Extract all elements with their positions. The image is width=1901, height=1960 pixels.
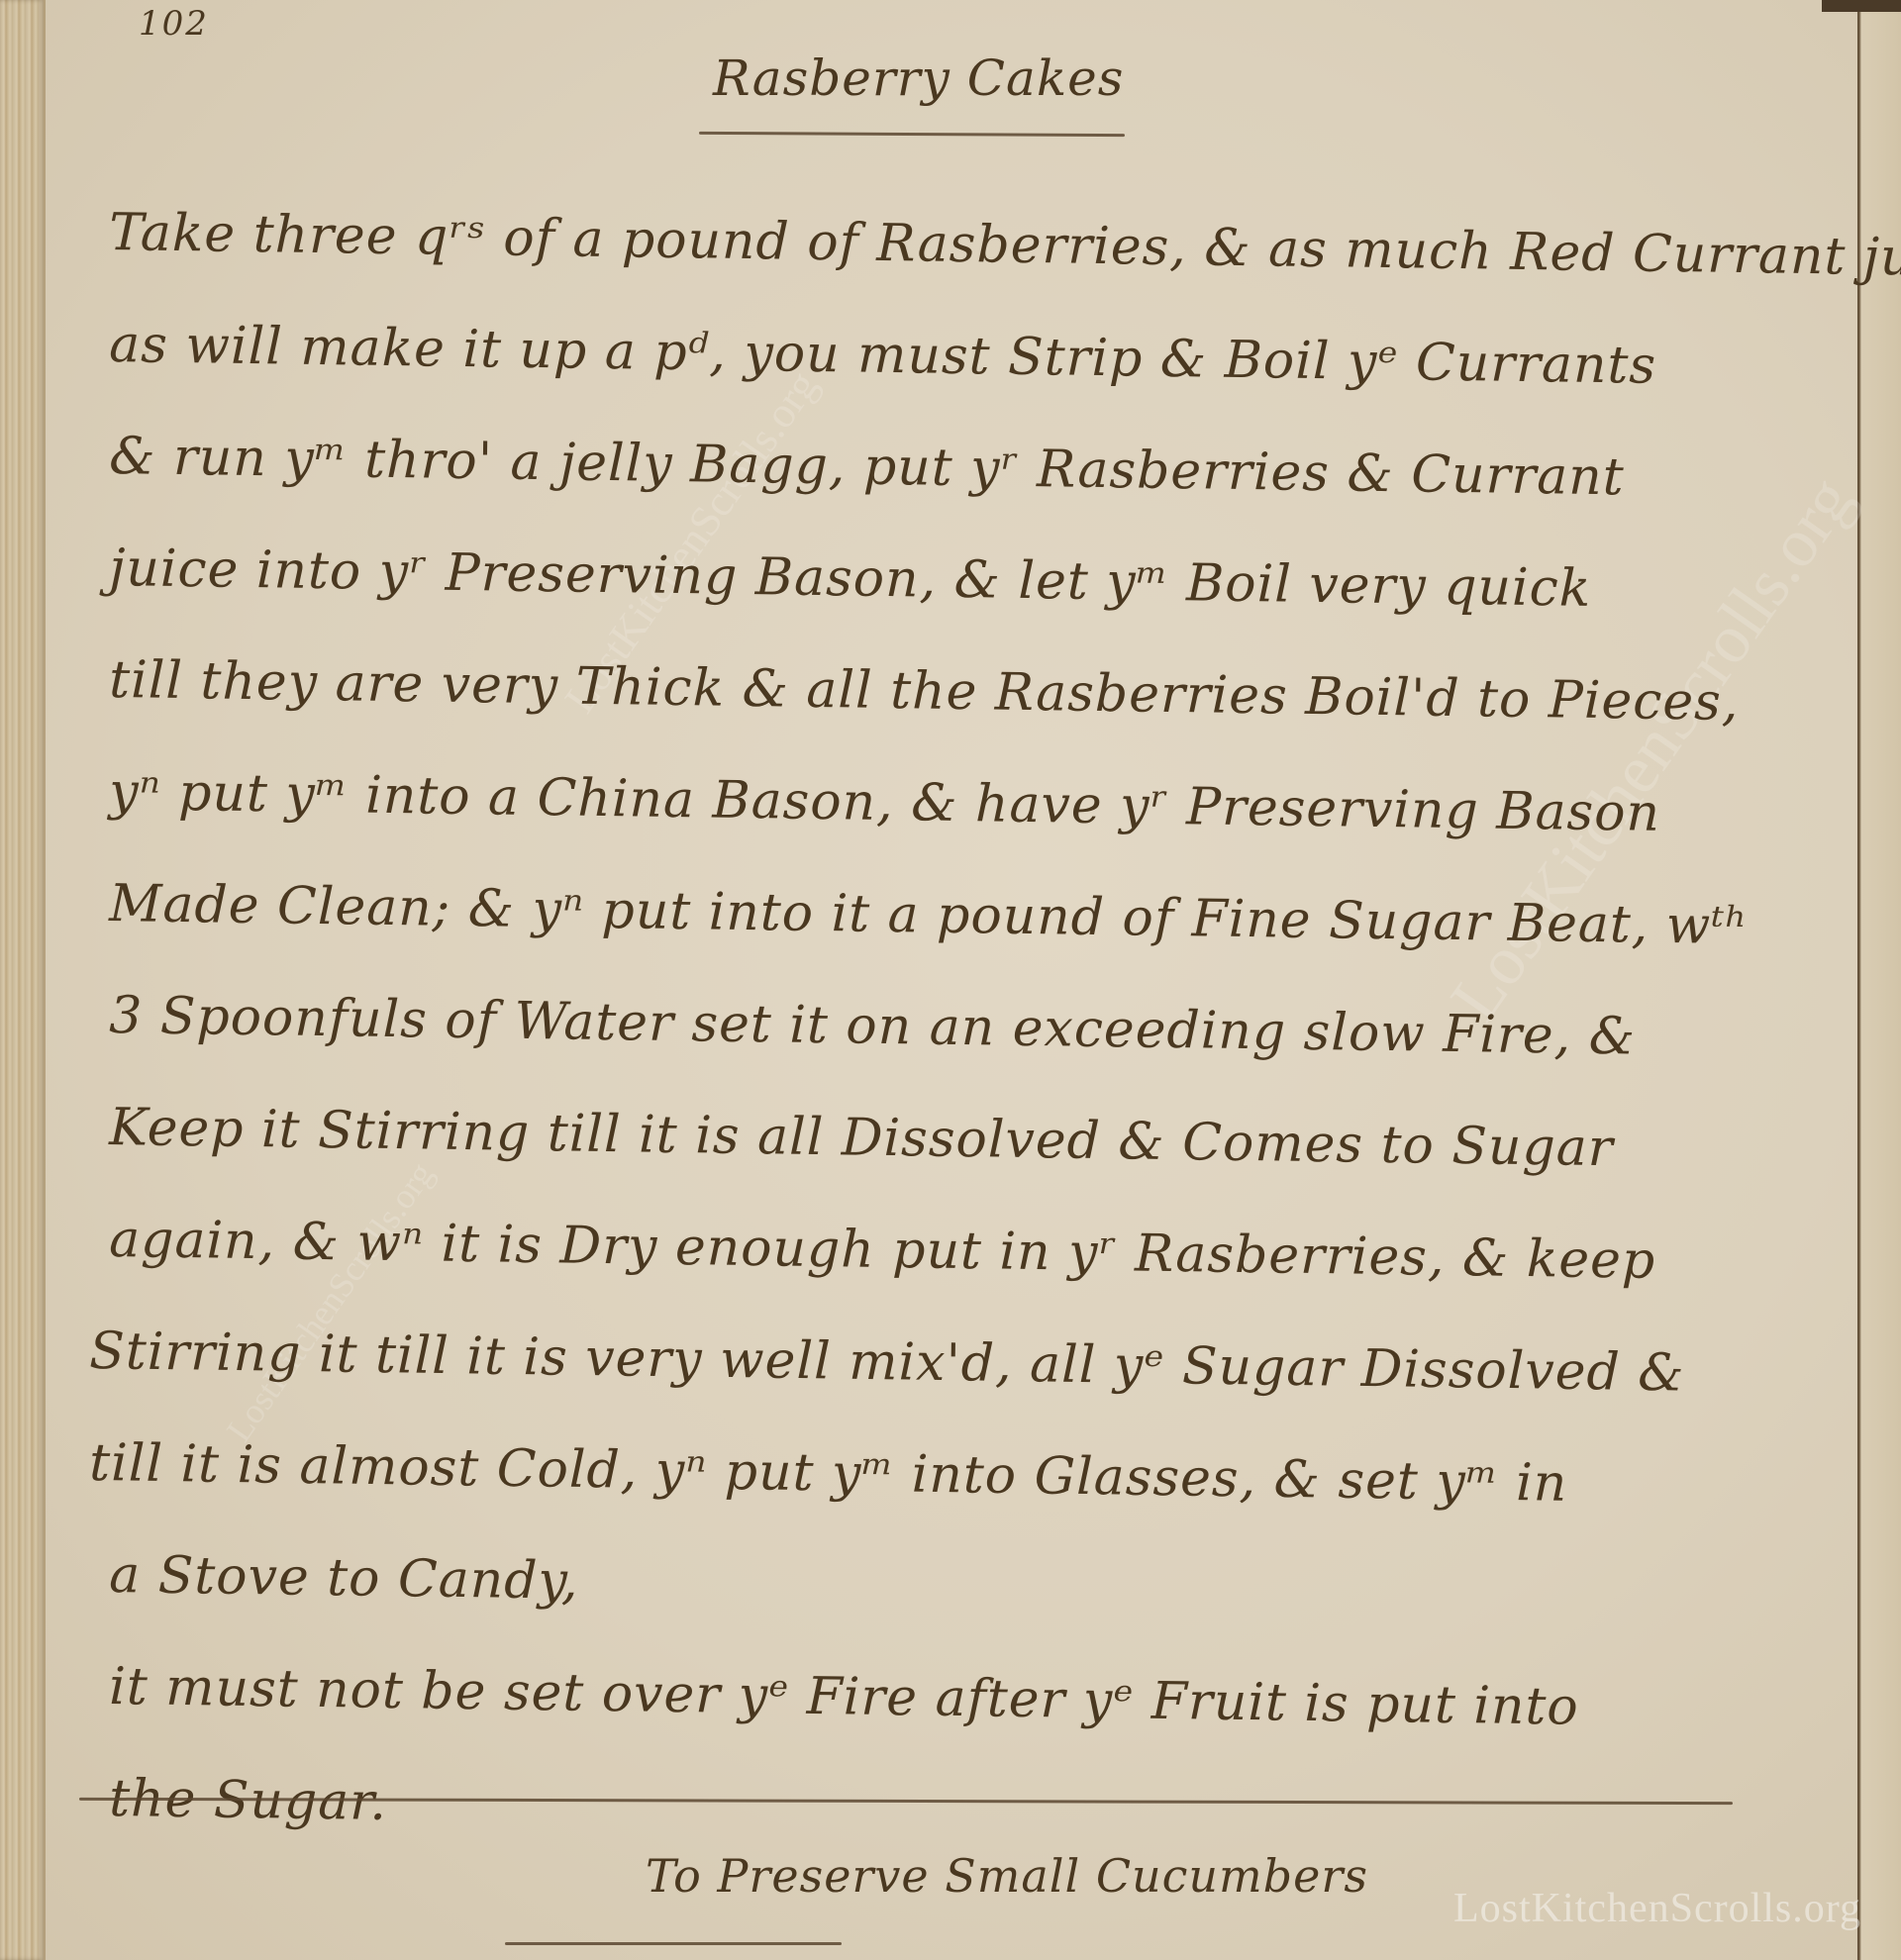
opposite-page-edge xyxy=(1857,0,1901,1960)
next-recipe-title: To Preserve Small Cucumbers xyxy=(646,1849,1368,1903)
folio-number: 102 xyxy=(139,4,209,44)
recipe-title: Rasberry Cakes xyxy=(713,49,1124,107)
manuscript-page-scan: LostKitchenScrolls.org LostKitchenScroll… xyxy=(0,0,1901,1960)
watermark: LostKitchenScrolls.org xyxy=(1453,1885,1861,1932)
recipe-body: Take three qʳˢ of a pound of Rasberries,… xyxy=(109,193,1792,1871)
title-underline xyxy=(699,132,1125,137)
gutter-line xyxy=(44,0,46,1960)
book-page-edges xyxy=(0,0,44,1960)
book-cover-edge xyxy=(1822,0,1901,12)
next-title-underline xyxy=(505,1942,842,1945)
